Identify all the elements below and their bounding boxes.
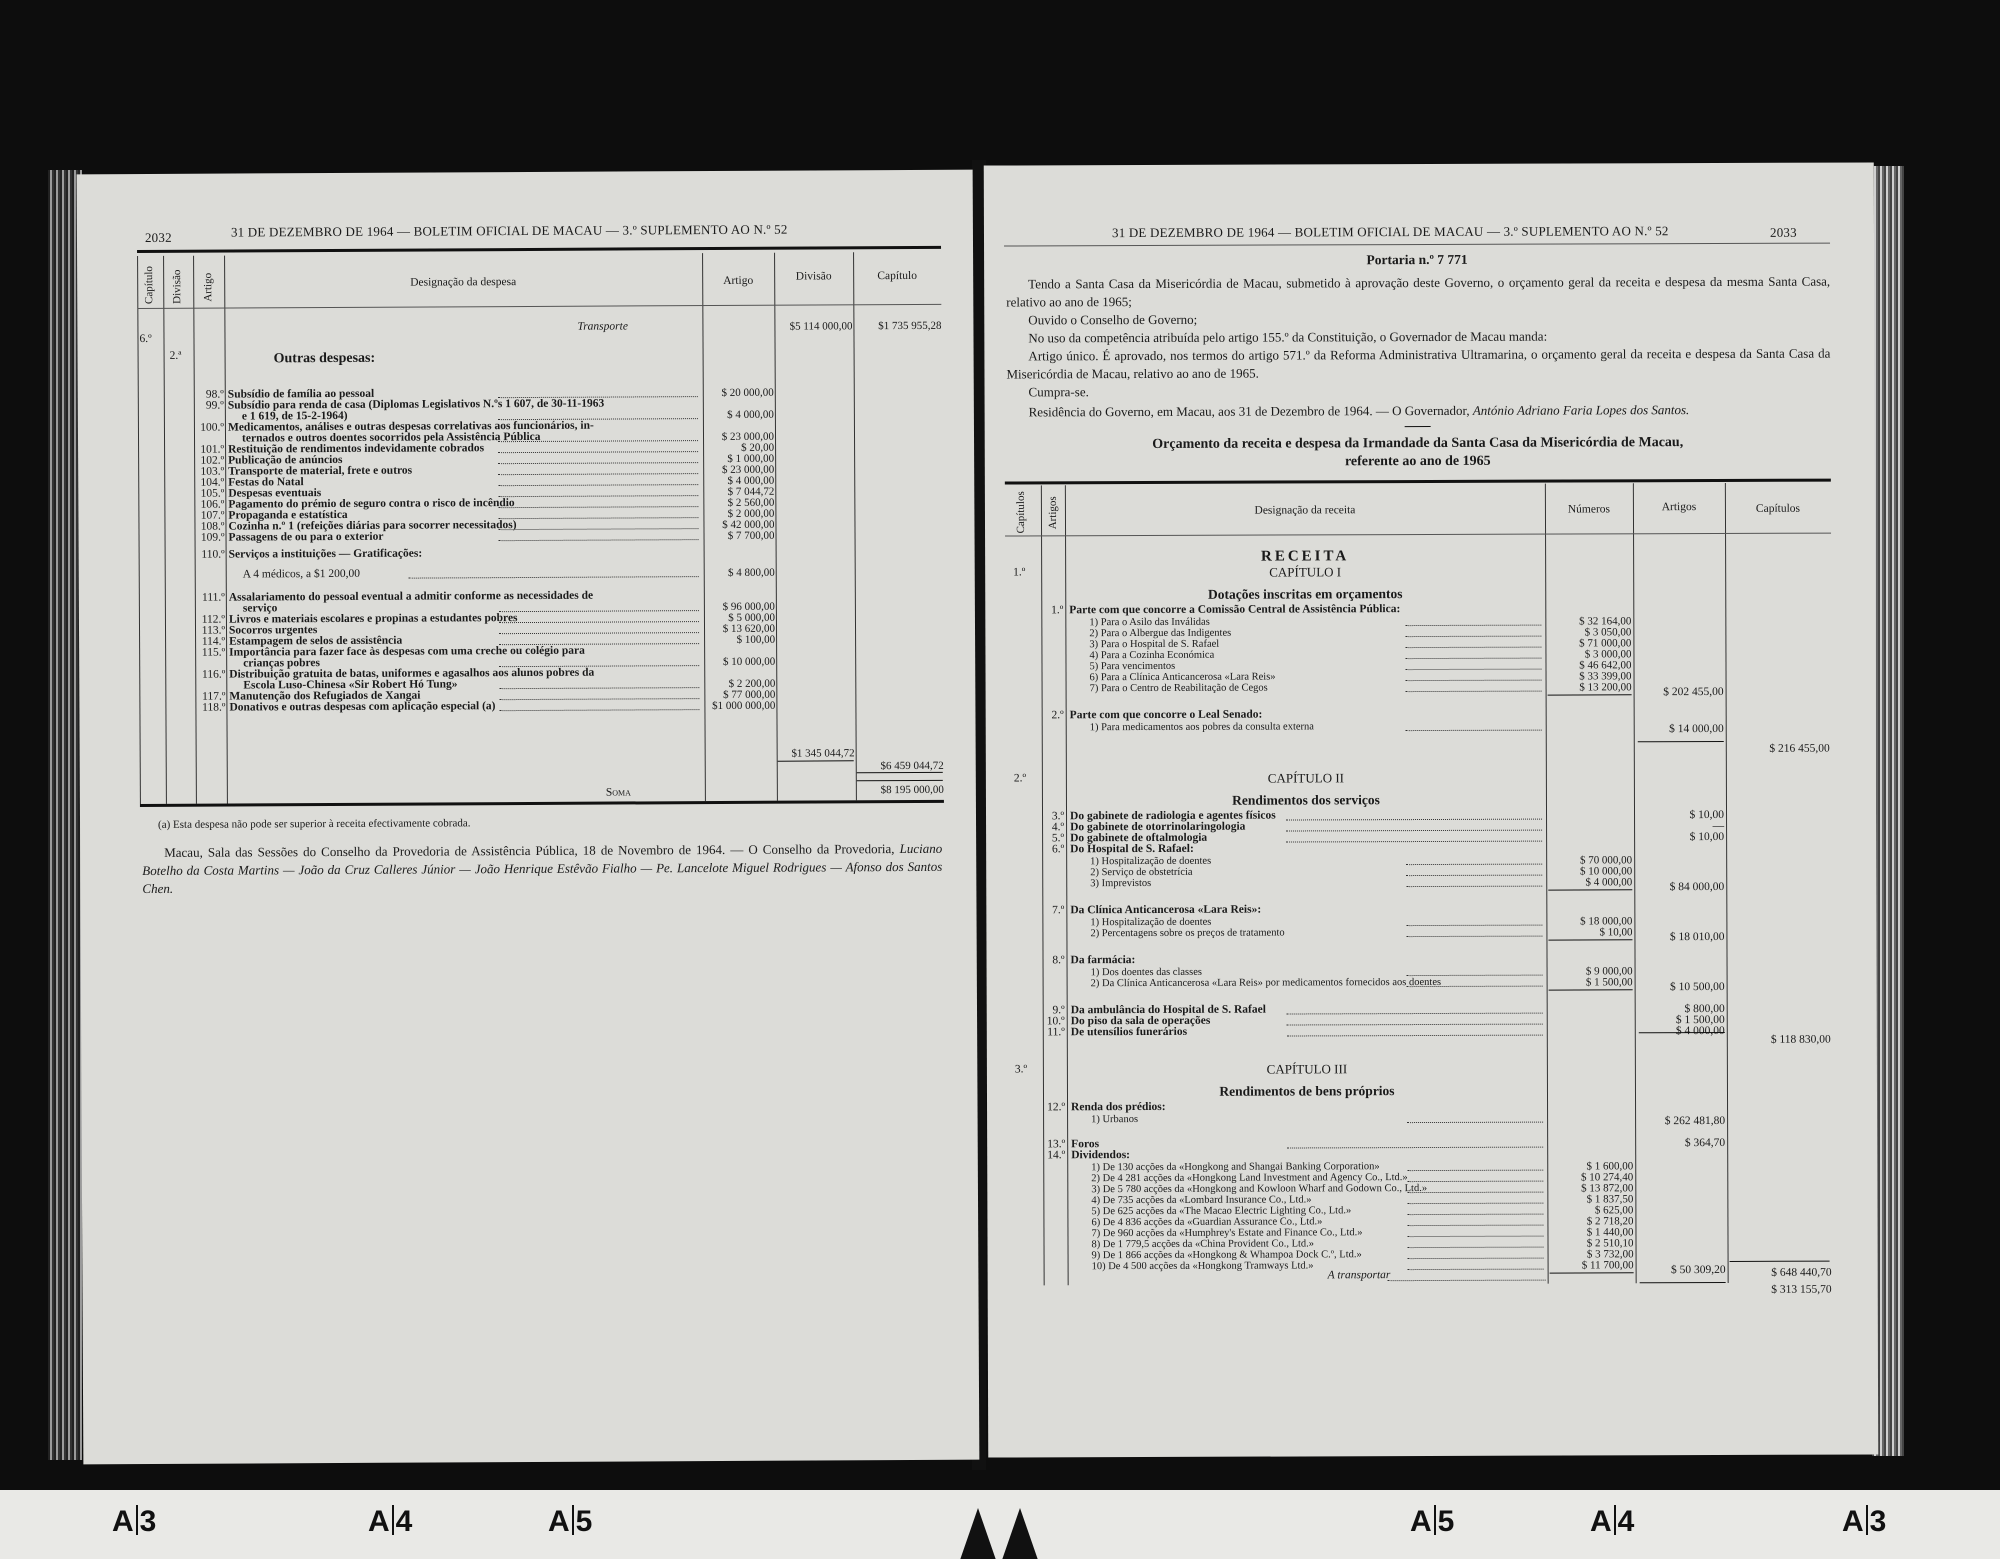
article-number: 2.º xyxy=(1042,710,1064,721)
artigo-number: 116.º xyxy=(197,670,225,681)
article-title: Dividendos: xyxy=(1071,1150,1130,1161)
leader-dots xyxy=(498,473,698,475)
receita-item: 1) Urbanos xyxy=(1091,1114,1138,1125)
chapter-number: 1.º xyxy=(1013,567,1025,578)
leader-dots xyxy=(1286,819,1542,821)
film-mark: A5 xyxy=(1410,1505,1454,1539)
expense-value: $ 4 800,00 xyxy=(705,567,775,579)
leader-dots xyxy=(1406,669,1542,670)
leader-dots xyxy=(1287,1013,1543,1015)
leader-dots xyxy=(1286,830,1542,832)
running-head: 31 DE DEZEMBRO DE 1964 — BOLETIM OFICIAL… xyxy=(1112,223,1669,241)
receita-item: 8) De 1 779,5 acções da «China Provident… xyxy=(1091,1238,1314,1250)
leader-dots xyxy=(1407,975,1543,976)
receita-item: 2) Da Clínica Anticancerosa «Lara Reis» … xyxy=(1091,977,1442,989)
header-col-divisao: Divisão xyxy=(774,270,853,282)
center-notch-right xyxy=(1002,1508,1038,1559)
receita-item: 5) Para vencimentos xyxy=(1089,661,1175,672)
receita-item: 3) De 5 780 acções da «Hongkong and Kowl… xyxy=(1091,1183,1427,1195)
article-total: $ 364,70 xyxy=(1637,1137,1725,1149)
footnote: (a) Esta despesa não pode ser superior à… xyxy=(158,818,470,831)
leader-dots xyxy=(1408,1269,1544,1270)
transporte-label: Transporte xyxy=(577,321,628,332)
residencia-text: Residência do Governo, em Macau, aos 31 … xyxy=(1029,403,1470,420)
divisao-total: $1 345 044,72 xyxy=(777,747,855,759)
expense-value: $ 20 000,00 xyxy=(704,387,774,399)
receita-item: 1) Para medicamentos aos pobres da consu… xyxy=(1090,721,1314,733)
receita-item: 4) Para a Cozinha Económica xyxy=(1089,650,1214,661)
subtotal-rule xyxy=(1550,1272,1634,1273)
leader-dots xyxy=(1407,1181,1543,1182)
header-col-artigos: Artigos xyxy=(1633,501,1725,513)
portaria-body xyxy=(984,162,1874,165)
transporte-divisao: $5 114 000,00 xyxy=(774,320,852,332)
article-title: Renda dos prédios: xyxy=(1071,1102,1166,1113)
leader-dots xyxy=(1405,625,1541,626)
leader-dots xyxy=(1406,936,1542,937)
film-mark: A4 xyxy=(1590,1505,1634,1539)
budget-title-2: referente ao ano de 1965 xyxy=(1005,453,1831,472)
expense-value: $ 4 000,00 xyxy=(704,409,774,421)
header-artigos: Artigos xyxy=(1047,496,1059,529)
artigo-number: 111.º xyxy=(197,593,225,604)
header-capitulos: Capítulos xyxy=(1015,491,1027,533)
leader-dots xyxy=(1407,1192,1543,1193)
expense-label: Donativos e outras despesas com aplicaçã… xyxy=(229,701,495,713)
artigo-number: 99.º xyxy=(196,401,224,412)
article-number: 1.º xyxy=(1041,605,1063,616)
article-total: $ 84 000,00 xyxy=(1636,881,1724,893)
chapter-total: $ 216 455,00 xyxy=(1726,743,1830,755)
article-number: 12.º xyxy=(1043,1102,1065,1113)
leader-dots xyxy=(1406,886,1542,887)
leader-dots xyxy=(498,517,698,519)
film-mark: A3 xyxy=(1842,1505,1886,1539)
expense-label: Passagens de ou para o exterior xyxy=(229,532,384,544)
receita-item-value: $ 1 500,00 xyxy=(1549,976,1633,988)
capitulo-total: $6 459 044,72 xyxy=(856,760,944,772)
header-col-artigo: Artigo xyxy=(702,275,774,287)
receita-item: 2) Percentagens sobre os preços de trata… xyxy=(1090,928,1284,940)
chapter-rule xyxy=(1638,741,1724,742)
artigo-number: 100.º xyxy=(196,423,224,434)
leader-dots xyxy=(498,528,698,530)
receita-item: 7) De 960 acções da «Humphrey's Estate a… xyxy=(1091,1227,1362,1239)
governador-name: António Adriano Faria Lopes dos Santos. xyxy=(1473,402,1690,418)
article-title: Do Hospital de S. Rafael: xyxy=(1070,844,1194,855)
article-total: $ 18 010,00 xyxy=(1636,931,1724,943)
leader-dots xyxy=(498,462,698,464)
leader-dots xyxy=(1407,1170,1543,1171)
page-number: 2033 xyxy=(1770,225,1797,241)
right-page: 31 DE DEZEMBRO DE 1964 — BOLETIM OFICIAL… xyxy=(984,162,1879,1457)
leader-dots xyxy=(499,610,699,612)
header-col-capitulos: Capítulos xyxy=(1725,503,1831,515)
article-title: Da farmácia: xyxy=(1071,955,1136,966)
residencia-line: Residência do Governo, em Macau, aos 31 … xyxy=(1007,401,1831,422)
article-number: 8.º xyxy=(1043,955,1065,966)
subtotal-rule xyxy=(1549,989,1633,990)
chapter-title: Rendimentos dos serviços xyxy=(1066,792,1546,810)
receita-item: 9) De 1 866 acções da «Hongkong & Whampo… xyxy=(1092,1249,1362,1261)
article-number: 6.º xyxy=(1042,844,1064,855)
article-total: $ 14 000,00 xyxy=(1636,723,1724,735)
leader-dots xyxy=(498,506,698,508)
chapter-total: $ 313 155,70 xyxy=(1728,1284,1832,1296)
receita-item: 1) Para o Asilo das Inválidas xyxy=(1089,617,1209,628)
left-page: 2032 31 DE DEZEMBRO DE 1964 — BOLETIM OF… xyxy=(77,170,980,1465)
film-strip xyxy=(0,1490,2000,1559)
article-total: $ 50 309,20 xyxy=(1638,1264,1726,1276)
leader-dots xyxy=(1407,986,1543,987)
leader-dots xyxy=(1287,1147,1543,1149)
chapter-label: CAPÍTULO II xyxy=(1066,770,1546,788)
article-title: De utensílios funerários xyxy=(1071,1027,1187,1038)
leader-dots xyxy=(1287,1035,1543,1037)
receita-item-value: $ 11 700,00 xyxy=(1550,1259,1634,1271)
leader-dots xyxy=(1406,730,1542,731)
leader-dots xyxy=(499,709,699,711)
leader-dots xyxy=(499,621,699,623)
leader-dots xyxy=(1408,1247,1544,1248)
receita-item: 3) Imprevistos xyxy=(1090,878,1151,889)
receita-item: 2) Para o Albergue das Indigentes xyxy=(1089,628,1231,639)
leader-dots xyxy=(1405,647,1541,648)
subtotal-rule xyxy=(1548,694,1632,695)
leader-dots xyxy=(1407,1122,1543,1123)
chapter-number: 3.º xyxy=(1015,1064,1027,1075)
expense-label: Assalariamento do pessoal eventual a adm… xyxy=(229,591,593,604)
leader-dots xyxy=(1405,658,1541,659)
article-title: Parte com que concorre a Comissão Centra… xyxy=(1069,604,1400,616)
receita-item: 7) Para o Centro de Reabilitação de Cego… xyxy=(1090,683,1268,695)
expense-label: Serviços a instituições — Gratificações: xyxy=(229,549,423,561)
leader-dots xyxy=(409,576,699,579)
expense-sub: A 4 médicos, a $1 200,00 xyxy=(243,569,360,581)
chapter-label: CAPÍTULO III xyxy=(1067,1061,1547,1079)
film-mark: A4 xyxy=(368,1505,412,1539)
article-title: Da Clínica Anticancerosa «Lara Reis»: xyxy=(1070,905,1261,917)
leader-dots xyxy=(499,687,699,689)
receita-item: 5) De 625 acções da «The Macao Electric … xyxy=(1091,1205,1351,1217)
a-transportar-total: $ 648 440,70 xyxy=(1728,1267,1832,1279)
divisao-number: 2.ª xyxy=(170,351,182,362)
portaria-title: Portaria n.º 7 771 xyxy=(1004,251,1830,270)
leader-dots xyxy=(1407,1225,1543,1226)
chapter-title: Rendimentos de bens próprios xyxy=(1067,1083,1547,1101)
receita-item: 6) Para a Clínica Anticancerosa «Lara Re… xyxy=(1090,672,1276,684)
leader-dots xyxy=(1407,1236,1543,1237)
leader-dots xyxy=(1406,864,1542,865)
header-designacao: Designação da despesa xyxy=(224,275,702,290)
receita-item: 1) Hospitalização de doentes xyxy=(1090,856,1211,867)
page-number: 2032 xyxy=(145,230,172,246)
chapter-number: 2.º xyxy=(1014,773,1026,784)
leader-dots xyxy=(499,698,699,700)
chapter-title: Dotações inscritas em orçamentos xyxy=(1065,586,1545,604)
a-transportar-label: A transportar xyxy=(1328,1270,1391,1281)
leader-dots xyxy=(1408,1258,1544,1259)
subtotal-rule xyxy=(1548,889,1632,890)
leader-dots xyxy=(1407,1203,1543,1204)
portaria-paragraph: Artigo único. É aprovado, nos termos do … xyxy=(1006,345,1830,384)
header-artigo: Artigo xyxy=(202,273,214,302)
expense-value: $ 10 000,00 xyxy=(705,656,775,668)
leader-dots xyxy=(499,539,699,541)
article-number: 14.º xyxy=(1043,1150,1065,1161)
chapter-label: CAPÍTULO I xyxy=(1065,564,1545,582)
leader-dots xyxy=(1405,636,1541,637)
leader-dots xyxy=(1406,875,1542,876)
leader-dots xyxy=(1287,1024,1543,1026)
receita-item-value: $ 13 200,00 xyxy=(1548,681,1632,693)
expense-value: $ 100,00 xyxy=(705,634,775,646)
leader-dots xyxy=(498,484,698,486)
header-col-capitulo: Capítulo xyxy=(853,270,941,282)
leader-dots xyxy=(1286,841,1542,843)
leader-dots xyxy=(498,451,698,453)
leader-dots xyxy=(1406,680,1542,681)
receita-body xyxy=(984,162,1874,165)
capitulo-number: 6.º xyxy=(139,334,151,345)
soma-label: Soma xyxy=(606,787,631,798)
artigo-number: 110.º xyxy=(197,550,225,561)
header-numeros: Números xyxy=(1545,503,1633,515)
leader-dots xyxy=(1407,1214,1543,1215)
artigo-number: 118.º xyxy=(197,703,225,714)
section-title: Outras despesas: xyxy=(274,353,376,365)
receita-item: 1) Hospitalização de doentes xyxy=(1090,917,1211,928)
receita-item-value: $ 4 000,00 xyxy=(1548,876,1632,888)
center-notch-left xyxy=(960,1508,996,1559)
transporte-capitulo: $1 735 955,28 xyxy=(853,320,941,332)
leader-dots xyxy=(1406,925,1542,926)
article-title: Parte com que concorre o Leal Senado: xyxy=(1070,710,1263,722)
leader-dots xyxy=(498,440,698,442)
article-number: 7.º xyxy=(1042,905,1064,916)
chapter-total: $ 118 830,00 xyxy=(1727,1034,1831,1046)
subtotal-rule xyxy=(1548,939,1632,940)
receita-item: 4) De 735 acções da «Lombard Insurance C… xyxy=(1091,1194,1311,1206)
header-divisao: Divisão xyxy=(171,270,183,304)
leader-dots xyxy=(498,495,698,497)
expense-value: $ 7 700,00 xyxy=(705,530,775,542)
expense-items xyxy=(77,170,973,175)
closing-text: Macau, Sala das Sessões do Conselho da P… xyxy=(164,841,894,860)
budget-title-1: Orçamento da receita e despesa da Irmand… xyxy=(1005,435,1831,454)
header-capitulo: Capítulo xyxy=(143,266,155,304)
article-total: $ 10 500,00 xyxy=(1637,981,1725,993)
closing-paragraph: Macau, Sala das Sessões do Conselho da P… xyxy=(142,840,942,898)
film-mark: A3 xyxy=(112,1505,156,1539)
receita-item: 3) Para o Hospital de S. Rafael xyxy=(1089,639,1219,650)
running-head: 31 DE DEZEMBRO DE 1964 — BOLETIM OFICIAL… xyxy=(231,222,788,241)
article-total: $ 202 455,00 xyxy=(1636,686,1724,698)
article-total: $ 10,00 xyxy=(1636,831,1724,843)
article-total: $ 262 481,80 xyxy=(1637,1115,1725,1127)
leader-dots xyxy=(1406,691,1542,692)
artigo-number: 115.º xyxy=(197,648,225,659)
soma-total: $8 195 000,00 xyxy=(856,784,944,796)
chapter-rule xyxy=(1640,1282,1726,1283)
receita-item: 2) Serviço de obstetrícia xyxy=(1090,867,1192,878)
artigo-number: 109.º xyxy=(197,533,225,544)
receita-item-value: $ 10,00 xyxy=(1548,926,1632,938)
portaria-paragraph: Cumpra-se. xyxy=(1007,381,1831,402)
receita-item: 1) Dos doentes das classes xyxy=(1091,967,1202,978)
article-number: 11.º xyxy=(1043,1027,1065,1038)
receita-item: 10) De 4 500 acções da «Hongkong Tramway… xyxy=(1092,1260,1314,1272)
header-designacao: Designação da receita xyxy=(1065,504,1545,518)
receita-item: 6) De 4 836 acções da «Guardian Assuranc… xyxy=(1091,1216,1322,1228)
film-mark: A5 xyxy=(548,1505,592,1539)
leader-dots xyxy=(499,632,699,634)
portaria-paragraph: Tendo a Santa Casa da Misericórdia de Ma… xyxy=(1006,273,1830,312)
expense-value: $1 000 000,00 xyxy=(705,700,775,712)
